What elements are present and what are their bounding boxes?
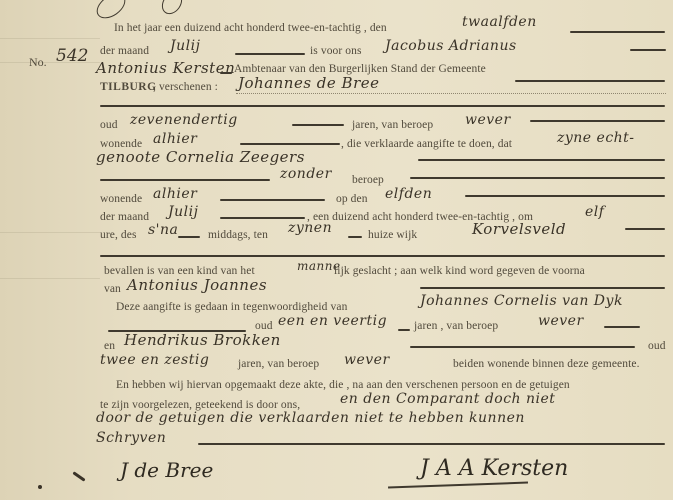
signature-official: J A A Kersten — [420, 456, 568, 481]
fill-line — [220, 217, 305, 219]
printed-text: beroep — [352, 174, 384, 186]
handwritten-text: en den Comparant doch niet — [340, 391, 555, 407]
fill-line — [530, 120, 665, 122]
printed-text: op den — [336, 193, 368, 205]
fill-line — [220, 199, 325, 201]
handwritten-official-name: Antonius Kersten — [96, 59, 235, 77]
fill-line — [570, 31, 665, 33]
handwritten-occupation: zonder — [280, 166, 332, 182]
handwritten-hour: elf — [585, 204, 604, 220]
handwritten-age: een en veertig — [278, 313, 387, 329]
fill-line — [240, 143, 340, 145]
signature-declarant: J de Bree — [120, 458, 213, 482]
printed-text: wonende — [100, 193, 142, 205]
fill-line — [100, 179, 270, 181]
printed-text: oud — [100, 119, 118, 131]
printed-text: lijk geslacht ; aan welk kind word gegev… — [334, 265, 585, 277]
handwritten-child-name: Antonius Joannes — [127, 276, 267, 294]
handwritten-text: zyne echt- — [557, 130, 635, 146]
fill-line — [630, 49, 666, 51]
fill-line — [418, 159, 665, 161]
printed-text: , die verklaarde aangifte te doen, dat — [341, 138, 512, 150]
printed-text: ure, des — [100, 229, 137, 241]
handwritten-declarant-name: Johannes de Bree — [238, 74, 380, 92]
printed-text: beiden wonende binnen deze gemeente. — [453, 358, 640, 370]
handwritten-occupation: wever — [538, 313, 584, 329]
handwritten-age: zevenendertig — [130, 112, 238, 128]
printed-text: jaren, van beroep — [352, 119, 433, 131]
fill-line — [292, 124, 344, 126]
printed-text: oud — [648, 340, 666, 352]
printed-text: jaren, van beroep — [238, 358, 319, 370]
fill-line — [398, 329, 410, 331]
handwritten-residence: alhier — [153, 186, 197, 202]
fill-line — [100, 105, 665, 107]
fill-line — [198, 443, 665, 445]
handwritten-official-name: Jacobus Adrianus — [385, 38, 517, 54]
printed-text: der maand — [100, 45, 149, 57]
fill-line — [178, 236, 200, 238]
handwritten-month: Julij — [170, 38, 200, 54]
printed-text: En hebben wij hiervan opgemaakt deze akt… — [116, 379, 570, 391]
handwritten-text: zynen — [288, 220, 332, 236]
printed-text: Deze aangifte is gedaan in tegenwoordigh… — [116, 301, 347, 313]
fill-line — [410, 177, 665, 179]
printed-text: , verschenen : — [153, 81, 218, 93]
record-number-label: No. — [29, 55, 47, 70]
handwritten-text: s'na — [148, 222, 178, 238]
handwritten-day: elfden — [385, 186, 432, 202]
document-page: No. 542 In het jaar een duizend acht hon… — [0, 0, 673, 500]
printed-text: jaren , van beroep — [414, 320, 498, 332]
handwritten-month: Julij — [168, 204, 198, 220]
handwritten-witness-name: Hendrikus Brokken — [124, 331, 281, 349]
printed-text: middags, ten — [208, 229, 268, 241]
printed-text: van — [104, 283, 121, 295]
margin-rule — [0, 232, 100, 233]
margin-rule — [0, 38, 100, 39]
handwritten-date-day: twaalfden — [462, 14, 537, 30]
fill-line — [465, 195, 665, 197]
printed-text: is voor ons — [310, 45, 362, 57]
fill-line — [348, 236, 362, 238]
printed-text: huize wijk — [368, 229, 417, 241]
signature-underline — [388, 482, 528, 488]
handwritten-occupation: wever — [465, 112, 511, 128]
record-number: 542 — [56, 46, 88, 66]
fill-line — [235, 53, 305, 55]
printed-text: In het jaar een duizend acht honderd twe… — [114, 22, 387, 34]
municipality-name: TILBURG — [100, 81, 157, 93]
printed-text: en — [104, 340, 115, 352]
handwritten-witness-name: Johannes Cornelis van Dyk — [420, 293, 623, 309]
handwritten-district: Korvelsveld — [472, 220, 566, 238]
fill-line — [100, 255, 665, 257]
margin-rule — [0, 278, 100, 279]
ink-mark — [72, 471, 85, 481]
handwritten-text: door de getuigen die verklaarden niet te… — [96, 410, 525, 426]
printed-text: der maand — [100, 211, 149, 223]
ink-mark — [38, 485, 42, 489]
handwritten-text: Schryven — [96, 430, 166, 446]
fill-line — [420, 287, 665, 289]
handwritten-residence: alhier — [153, 131, 197, 147]
fill-line — [625, 228, 665, 230]
fill-line — [410, 346, 635, 348]
fill-line — [220, 72, 232, 74]
fill-line — [515, 80, 665, 82]
handwritten-age: twee en zestig — [100, 352, 209, 368]
flourish-mark — [92, 0, 130, 23]
dotted-line — [236, 93, 666, 94]
fill-line — [604, 326, 640, 328]
handwritten-mother-name: genoote Cornelia Zeegers — [96, 148, 305, 166]
flourish-mark — [158, 0, 187, 18]
handwritten-occupation: wever — [344, 352, 390, 368]
